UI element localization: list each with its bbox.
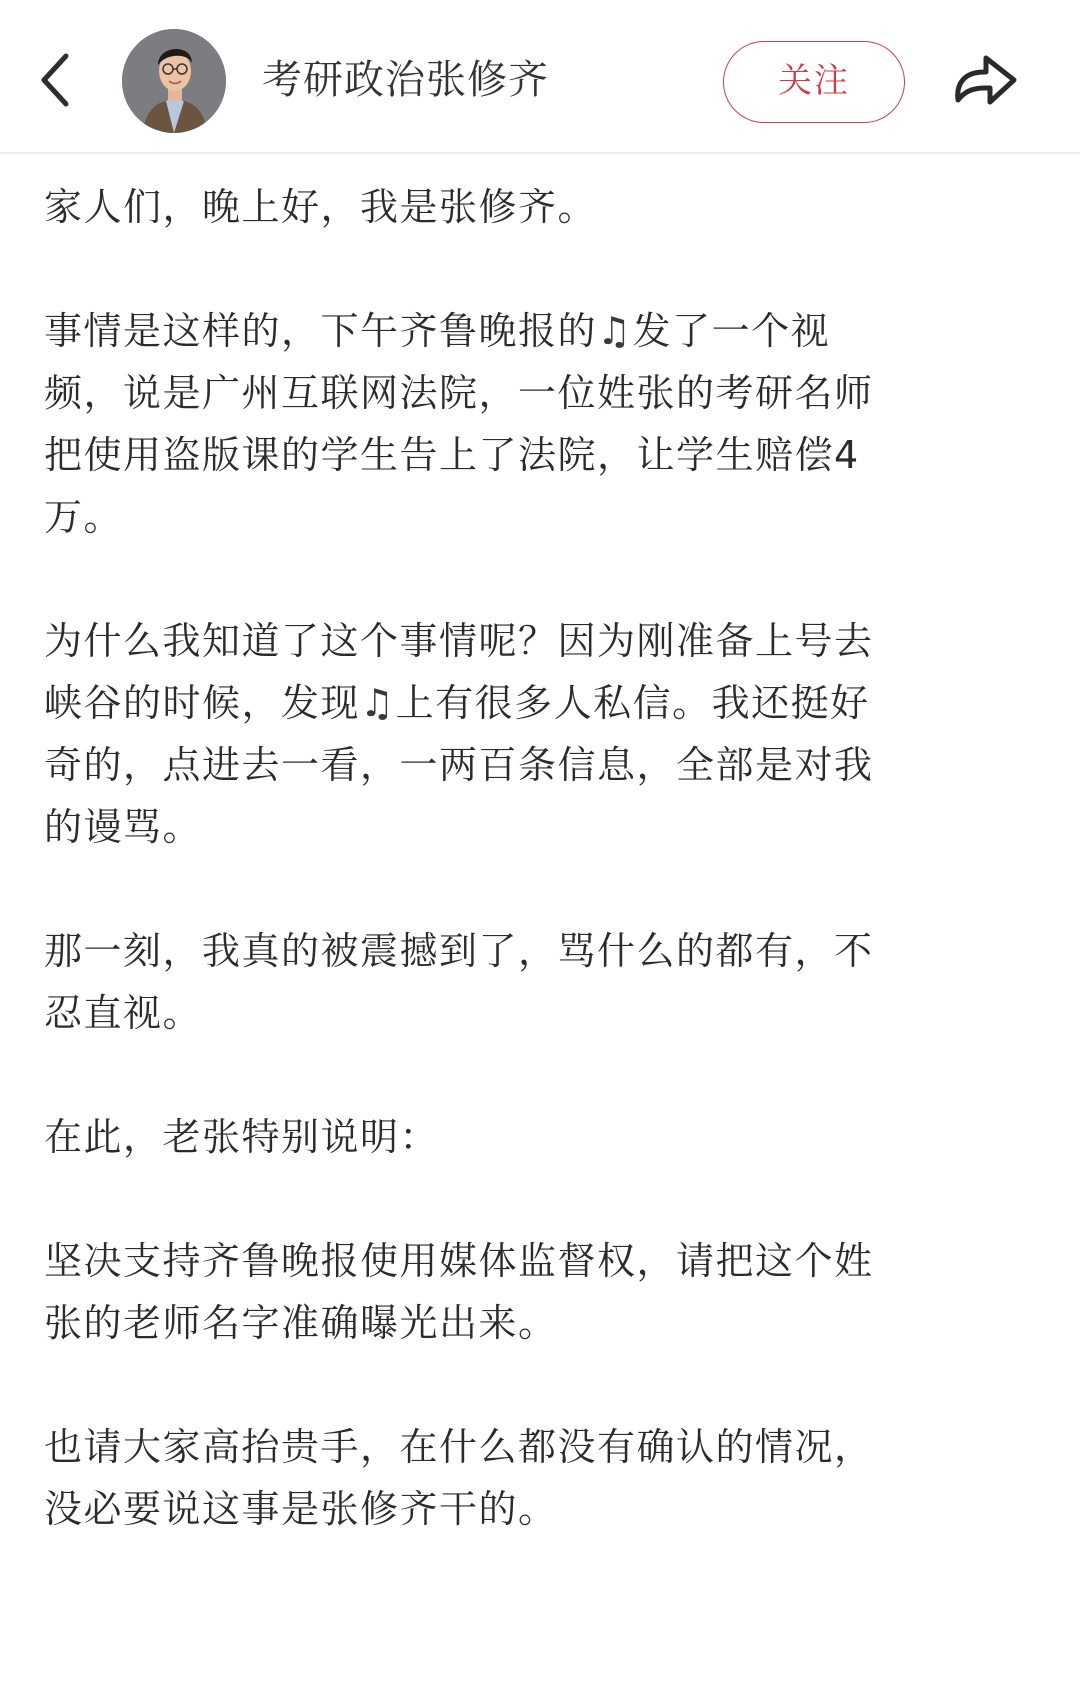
music-note-icon: ♫ [597,300,633,362]
paragraph-statement-intro: 在此，老张特别说明： [44,1106,1044,1168]
music-note-icon: ♫ [360,672,396,734]
text-line: 事情是这样的，下午齐鲁晚报的♫发了一个视 [44,300,1044,362]
text-segment: 峡谷的时候，发现 [44,681,360,725]
back-button[interactable] [36,48,80,112]
account-name[interactable]: 考研政治张修齐 [262,52,549,108]
paragraph-reaction: 那一刻，我真的被震撼到了，骂什么的都有，不 忍直视。 [44,920,1044,1044]
top-nav-bar: 考研政治张修齐 关注 [0,0,1080,154]
profile-photo [122,29,226,133]
text-segment: 上有很多人私信。我还挺好 [396,681,870,725]
text-line: 忍直视。 [44,982,1044,1044]
paragraph-discovery: 为什么我知道了这个事情呢？因为刚准备上号去 峡谷的时候，发现♫上有很多人私信。我… [44,610,1044,858]
text-line: 把使用盗版课的学生告上了法院，让学生赔偿4 [44,424,1044,486]
text-line: 万。 [44,486,1044,548]
chevron-left-icon [36,48,80,112]
text-line: 也请大家高抬贵手，在什么都没有确认的情况， [44,1416,1044,1478]
text-line: 的谩骂。 [44,796,1044,858]
text-line: 峡谷的时候，发现♫上有很多人私信。我还挺好 [44,672,1044,734]
share-arrow-icon [950,46,1022,116]
follow-button[interactable]: 关注 [723,41,905,123]
text-line: 那一刻，我真的被震撼到了，骂什么的都有，不 [44,920,1044,982]
text-line: 家人们，晚上好，我是张修齐。 [44,176,1044,238]
paragraph-greeting: 家人们，晚上好，我是张修齐。 [44,176,1044,238]
text-line: 坚决支持齐鲁晚报使用媒体监督权，请把这个姓 [44,1230,1044,1292]
share-button[interactable] [950,46,1022,116]
text-segment: 发了一个视 [633,309,831,353]
avatar[interactable] [122,29,226,133]
text-line: 奇的，点进去一看，一两百条信息，全部是对我 [44,734,1044,796]
text-line: 张的老师名字准确曝光出来。 [44,1292,1044,1354]
text-segment: 事情是这样的，下午齐鲁晚报的 [44,309,597,353]
text-line: 在此，老张特别说明： [44,1106,1044,1168]
paragraph-request: 也请大家高抬贵手，在什么都没有确认的情况， 没必要说这事是张修齐干的。 [44,1416,1044,1540]
paragraph-background: 事情是这样的，下午齐鲁晚报的♫发了一个视 频，说是广州互联网法院，一位姓张的考研… [44,300,1044,548]
text-line: 为什么我知道了这个事情呢？因为刚准备上号去 [44,610,1044,672]
text-line: 没必要说这事是张修齐干的。 [44,1478,1044,1540]
paragraph-support: 坚决支持齐鲁晚报使用媒体监督权，请把这个姓 张的老师名字准确曝光出来。 [44,1230,1044,1354]
post-body: 家人们，晚上好，我是张修齐。 事情是这样的，下午齐鲁晚报的♫发了一个视 频，说是… [44,176,1044,1602]
text-line: 频，说是广州互联网法院，一位姓张的考研名师 [44,362,1044,424]
